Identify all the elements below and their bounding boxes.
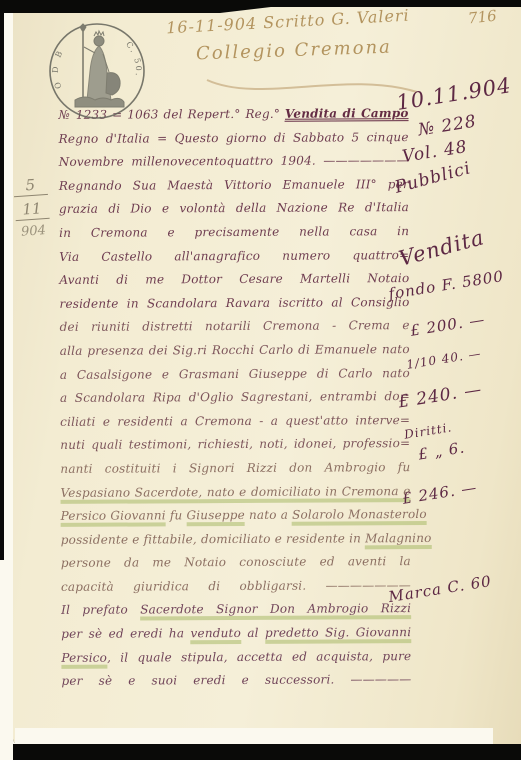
manuscript-line: Il prefato Sacerdote Signor Don Ambrogio…: [61, 598, 411, 623]
manuscript-text-segment: Regno d'Italia = Questo giorno di Sabbat…: [59, 130, 409, 146]
note-decimo: 1/10 40. —: [405, 346, 482, 372]
manuscript-text-segment: Giuseppe: [186, 508, 245, 526]
manuscript-line: Persico Giovanni fu Giuseppe nato a Sola…: [61, 503, 411, 528]
manuscript-line: dei riuniti distretti notarili Cremona -…: [60, 314, 410, 339]
manuscript-text-segment: al: [241, 626, 265, 640]
note-registration-date: 10.11.904: [395, 73, 513, 115]
manuscript-text-segment: per sè ed eredi ha: [61, 626, 190, 641]
document-photo: { "stamp": { "ring_left": "O D B", "deno…: [0, 0, 521, 760]
note-fondo: fondo F. 5800: [387, 267, 505, 303]
manuscript-text-segment: Avanti di me Dottor Cesare Martelli Nota…: [59, 271, 409, 287]
manuscript-text-segment: residente in Scandolara Ravara iscritto …: [59, 295, 409, 311]
revenue-stamp-seal: O D B C. 50.: [42, 20, 152, 124]
left-margin-day: 5: [13, 175, 48, 197]
manuscript-line: Novembre millenovecentoquattro 1904. ———…: [59, 149, 409, 174]
manuscript-text-segment: venduto: [190, 626, 241, 644]
note-marca: Marca C. 60: [387, 572, 493, 606]
manuscript-line: Avanti di me Dottor Cesare Martelli Nota…: [59, 267, 409, 292]
manuscript-text-segment: nuti quali testimoni, richiesti, noti, i…: [60, 436, 410, 452]
note-act-number: № 228: [417, 112, 478, 141]
right-margin-notes: 10.11.904№ 228Vol. 48PubbliciVenditafond…: [388, 0, 521, 760]
manuscript-line: per sè ed eredi ha venduto al predetto S…: [61, 621, 411, 646]
italia-figure-engraving: [75, 24, 124, 107]
manuscript-text-segment: Vespasiano Sacerdote: [60, 485, 198, 504]
manuscript-text-segment: ciliati e residenti a Cremona - a quest'…: [60, 413, 410, 429]
manuscript-line: Via Castello all'anagrafico numero quatt…: [59, 244, 409, 269]
left-margin-date: 5 11 904: [12, 175, 53, 245]
left-margin-year: 904: [16, 223, 51, 241]
manuscript-text-segment: Persico Giovanni: [61, 508, 166, 527]
manuscript-text-segment: capacità giuridica di obbligarsi.: [61, 578, 326, 593]
photo-black-edge: [0, 0, 330, 13]
manuscript-text-segment: per sè e suoi eredi e successori.: [61, 673, 350, 689]
note-lire-200: £ 200. —: [409, 310, 486, 340]
manuscript-text-segment: dei riuniti distretti notarili Cremona -…: [60, 318, 410, 334]
note-diritti: Diritti.: [403, 420, 453, 441]
manuscript-line: in Cremona e precisamente nella casa in: [59, 220, 409, 245]
manuscript-line: residente in Scandolara Ravara iscritto …: [59, 291, 409, 316]
manuscript-text-segment: Il prefato: [61, 603, 140, 617]
paper-left-edge: [0, 560, 13, 760]
manuscript-line: alla presenza dei Sig.ri Rocchi Carlo di…: [60, 338, 410, 363]
manuscript-line: a Scandolara Ripa d'Oglio Sagrestani, en…: [60, 385, 410, 410]
note-vendita: Vendita: [396, 225, 487, 271]
manuscript-text-segment: nanti costituiti i Signori Rizzi don Amb…: [60, 460, 410, 476]
manuscript-line: Vespasiano Sacerdote, nato e domiciliato…: [60, 480, 410, 505]
manuscript-line: Persico, il quale stipula, accetta ed ac…: [61, 645, 411, 670]
manuscript-line: a Casalsigone e Grasmani Giuseppe di Car…: [60, 362, 410, 387]
manuscript-text-segment: Novembre millenovecentoquattro 1904.: [59, 154, 324, 169]
left-margin-month: 11: [14, 199, 49, 221]
manuscript-text-segment: nato a: [245, 508, 292, 522]
manuscript-text-segment: Persico: [61, 650, 107, 668]
manuscript-line: Regnando Sua Maestà Vittorio Emanuele II…: [59, 173, 409, 198]
manuscript-text-segment: grazia di Dio e volontà della Nazione Re…: [59, 200, 409, 216]
svg-text:C. 50.: C. 50.: [124, 40, 143, 78]
manuscript-line: possidente e fittabile, domiciliato e re…: [61, 527, 411, 552]
manuscript-text-segment: Regnando Sua Maestà Vittorio Emanuele II…: [59, 177, 409, 193]
manuscript-text-segment: a Casalsigone e Grasmani Giuseppe di Car…: [60, 366, 410, 382]
manuscript-text-segment: a Scandolara Ripa d'Oglio Sagrestani, en…: [60, 389, 410, 405]
manuscript-text-segment: Sacerdote Signor Don Ambrogio Rizzi: [140, 602, 411, 621]
note-lire-246: £ 246. —: [401, 478, 478, 508]
note-lire-240: £ 240. —: [397, 380, 484, 413]
manuscript-text-segment: possidente e fittabile, domiciliato e re…: [61, 531, 365, 547]
manuscript-text-segment: Via Castello all'anagrafico numero quatt…: [59, 248, 409, 264]
stamp-denomination: C. 50.: [124, 40, 143, 78]
manuscript-text-segment: , nato e domiciliato in Cremona e: [198, 484, 410, 503]
manuscript-lines: № 1233 = 1063 del Repert.° Reg.° Vendita…: [58, 102, 411, 694]
manuscript-line: capacità giuridica di obbligarsi. ——————…: [61, 574, 411, 599]
manuscript-line: grazia di Dio e volontà della Nazione Re…: [59, 196, 409, 221]
manuscript-text-segment: , il quale stipula, accetta ed acquista,…: [107, 649, 411, 665]
note-lire-6: £ „ 6.: [417, 438, 466, 463]
manuscript-text-segment: in Cremona e precisamente nella casa in: [59, 224, 409, 240]
manuscript-text-segment: persone da me Notaio conosciute ed avent…: [61, 554, 411, 570]
manuscript-text-segment: fu: [166, 508, 187, 522]
manuscript-line: ciliati e residenti a Cremona - a quest'…: [60, 409, 410, 434]
manuscript-line: nanti costituiti i Signori Rizzi don Amb…: [60, 456, 410, 481]
manuscript-line: nuti quali testimoni, richiesti, noti, i…: [60, 432, 410, 457]
manuscript-text-segment: alla presenza dei Sig.ri Rocchi Carlo di…: [60, 342, 410, 358]
manuscript-line: Regno d'Italia = Questo giorno di Sabbat…: [59, 126, 409, 151]
manuscript-line: per sè e suoi eredi e successori. —————: [61, 668, 411, 693]
manuscript-line: persone da me Notaio conosciute ed avent…: [61, 550, 411, 575]
